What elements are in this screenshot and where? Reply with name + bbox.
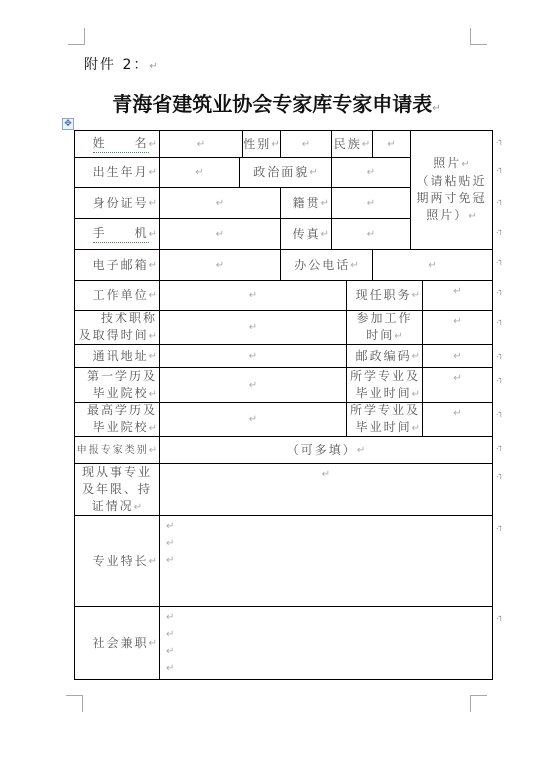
crop-mark-bottom-left: [66, 695, 83, 712]
postcode-field[interactable]: ↵: [422, 344, 493, 368]
address-field[interactable]: ↵: [159, 344, 347, 368]
mobile-field[interactable]: ↵: [159, 218, 281, 250]
employer-field[interactable]: ↵: [159, 280, 347, 311]
id-field[interactable]: ↵: [159, 187, 281, 219]
gender-field[interactable]: ↵: [280, 130, 332, 158]
photo-box[interactable]: 照片↵ （请粘贴近 期两寸免冠 照片）↵: [410, 130, 493, 250]
ethnicity-label: 民族↵: [331, 130, 373, 158]
row-end-mark: .┐: [496, 442, 503, 451]
name-field[interactable]: ↵: [159, 130, 243, 158]
row-end-mark: .┐: [496, 612, 503, 621]
title-label: 技术职称及取得时间↵: [74, 310, 160, 345]
postcode-label: 邮政编码↵: [346, 344, 423, 368]
fax-label: 传真↵: [280, 218, 332, 250]
id-label: 身份证号↵: [74, 187, 160, 219]
row-end-mark: .┐: [496, 316, 503, 325]
political-label: 政治面貌↵: [239, 157, 332, 188]
table-move-handle-icon[interactable]: ✥: [62, 118, 74, 130]
position-label: 现任职务↵: [346, 280, 423, 311]
page-title: 青海省建筑业协会专家库专家申请表↵: [0, 88, 553, 117]
highest-edu-field[interactable]: ↵: [159, 402, 347, 437]
name-label: 姓 名↵: [74, 130, 160, 158]
first-major-time-label: 所学专业及毕业时间↵: [346, 367, 423, 403]
highest-major-time-field[interactable]: ↵: [422, 402, 493, 437]
address-label: 通讯地址↵: [74, 344, 160, 368]
category-field[interactable]: （可多填）↵: [159, 436, 493, 464]
gender-label: 性别↵: [242, 130, 281, 158]
crop-mark-bottom-right: [470, 695, 487, 712]
native-label: 籍贯↵: [280, 187, 332, 219]
row-end-mark: .┐: [496, 522, 503, 531]
ethnicity-field[interactable]: ↵: [372, 130, 411, 158]
row-end-mark: .┐: [496, 164, 503, 173]
row-end-mark: .┐: [496, 286, 503, 295]
email-label: 电子邮箱↵: [74, 249, 160, 281]
expertise-label: 专业特长↵: [74, 515, 160, 607]
political-field[interactable]: ↵: [331, 157, 411, 188]
mobile-label: 手 机↵: [74, 218, 160, 250]
row-end-mark: .┐: [496, 408, 503, 417]
crop-mark-top-left: [68, 28, 85, 45]
first-edu-label: 第一学历及毕业院校↵: [74, 367, 160, 403]
work-start-field[interactable]: ↵: [422, 310, 493, 345]
row-end-mark: .┐: [496, 350, 503, 359]
email-field[interactable]: ↵: [159, 249, 281, 281]
highest-edu-label: 最高学历及毕业院校↵: [74, 402, 160, 437]
row-end-mark: .┐: [496, 470, 503, 479]
current-major-label: 现从事专业及年限、持证情况↵: [74, 463, 160, 516]
social-label: 社会兼职↵: [74, 606, 160, 680]
native-field[interactable]: ↵: [331, 187, 411, 219]
title-field[interactable]: ↵: [159, 310, 347, 345]
social-field[interactable]: ↵↵↵↵: [159, 606, 493, 680]
category-label: 申报专家类别↵: [74, 436, 160, 464]
position-field[interactable]: ↵: [422, 280, 493, 311]
expertise-field[interactable]: ↵↵↵: [159, 515, 493, 607]
attachment-label: 附件 2：↵: [84, 54, 160, 74]
row-end-mark: .┐: [496, 226, 503, 235]
row-end-mark: .┐: [496, 374, 503, 383]
birth-field[interactable]: ↵: [159, 157, 240, 188]
row-end-mark: .┐: [496, 196, 503, 205]
row-end-mark: .┐: [496, 136, 503, 145]
fax-field[interactable]: ↵: [331, 218, 411, 250]
birth-label: 出生年月↵: [74, 157, 160, 188]
employer-label: 工作单位↵: [74, 280, 160, 311]
first-major-time-field[interactable]: ↵: [422, 367, 493, 403]
office-phone-label: 办公电话↵: [280, 249, 373, 281]
highest-major-time-label: 所学专业及毕业时间↵: [346, 402, 423, 437]
row-end-mark: .┐: [496, 256, 503, 265]
first-edu-field[interactable]: ↵: [159, 367, 347, 403]
current-major-field[interactable]: ↵: [159, 463, 493, 516]
work-start-label: 参加工作时间↵: [346, 310, 423, 345]
office-phone-field[interactable]: ↵: [372, 249, 493, 281]
crop-mark-top-right: [470, 28, 487, 45]
